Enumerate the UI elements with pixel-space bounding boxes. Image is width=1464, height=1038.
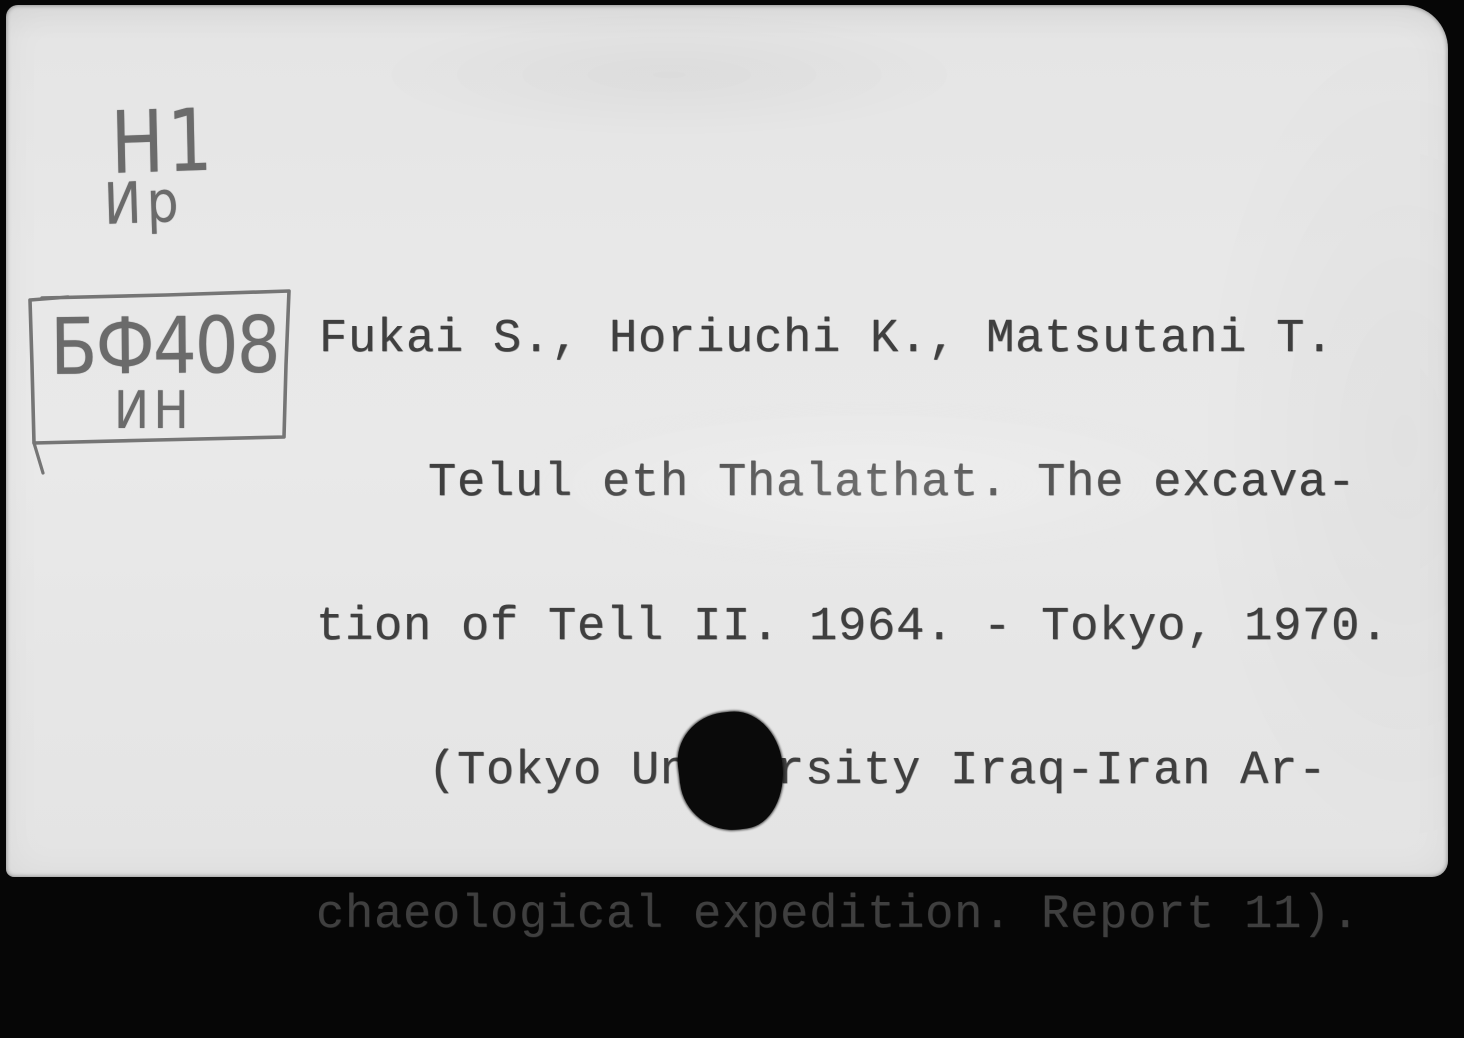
call-number-line-2: Ир	[103, 174, 185, 234]
entry-line-series-start: (Tokyo University Iraq-Iran Ar-	[316, 748, 1389, 796]
entry-line-imprint: tion of Tell II. 1964. - Tokyo, 1970.	[316, 604, 1389, 652]
accession-code: БФ408	[50, 307, 279, 387]
entry-line-title-start: Telul eth Thalathat. The excava-	[316, 460, 1389, 508]
accession-suffix: ИН	[114, 385, 193, 437]
entry-line-authors: Fukai S., Horiuchi K., Matsutani T.	[316, 316, 1389, 364]
catalog-card: Н1 Ир БФ408 ИН Fukai S., Horiuchi K., Ma…	[6, 5, 1448, 877]
bibliographic-entry: Fukai S., Horiuchi K., Matsutani T. Telu…	[316, 220, 1389, 888]
